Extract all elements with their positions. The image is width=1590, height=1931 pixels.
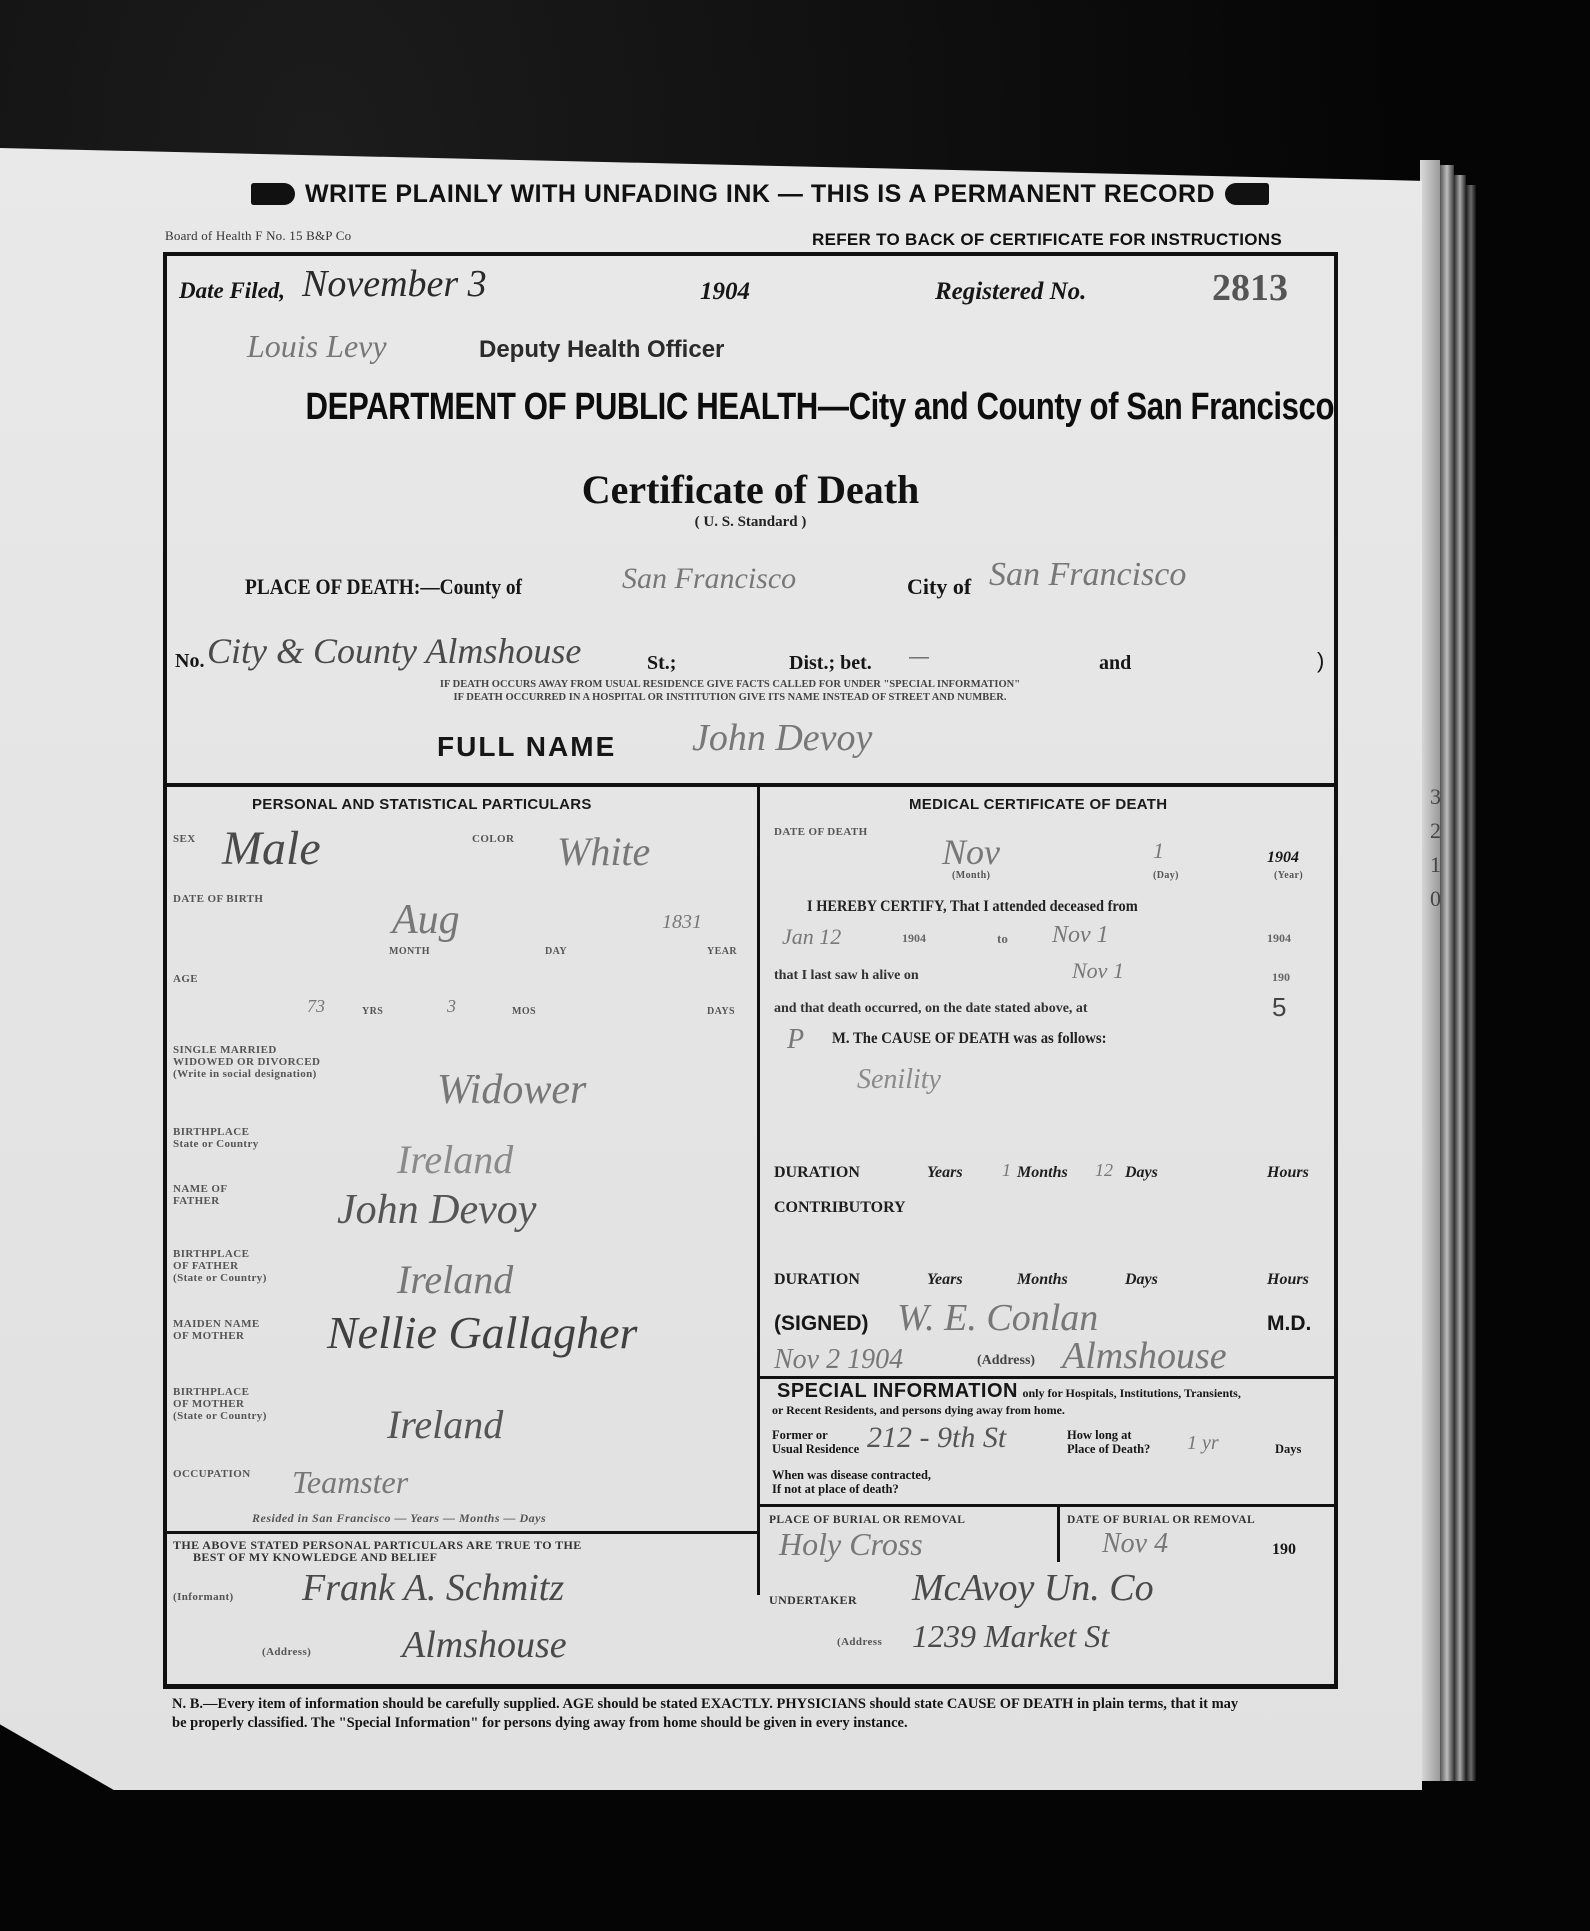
duration-2-days-label: Days — [1125, 1271, 1158, 1288]
death-year: 1904 — [1267, 849, 1299, 867]
age-label: AGE — [173, 973, 198, 985]
full-name-label: FULL NAME — [437, 731, 616, 763]
death-day-label: (Day) — [1153, 870, 1179, 882]
divider — [760, 1504, 1334, 1507]
instructions-note: REFER TO BACK OF CERTIFICATE FOR INSTRUC… — [812, 230, 1282, 250]
burial-place-value: Holy Cross — [779, 1526, 923, 1563]
to-label: to — [997, 931, 1008, 947]
cause-value: Senility — [857, 1064, 941, 1096]
place-note-line-1: IF DEATH OCCURS AWAY FROM USUAL RESIDENC… — [315, 678, 1145, 691]
death-year-label: (Year) — [1274, 870, 1303, 882]
father-name-label-line: NAME OF — [173, 1183, 227, 1195]
occupation-label: OCCUPATION — [173, 1468, 251, 1480]
cause-text: M. The CAUSE OF DEATH was as follows: — [832, 1030, 1107, 1048]
mother-birthplace-value: Ireland — [387, 1401, 503, 1448]
date-filed-value: November 3 — [302, 262, 487, 306]
officer-signature: Louis Levy — [247, 328, 387, 365]
mother-name-label-line: MAIDEN NAME — [173, 1318, 260, 1330]
duration-hours-label: Hours — [1267, 1164, 1309, 1181]
mother-birthplace-label-line: OF MOTHER — [173, 1398, 267, 1410]
contracted-label: When was disease contracted, If not at p… — [772, 1468, 931, 1496]
how-long-label-line: How long at — [1067, 1428, 1150, 1442]
duration-years-label: Years — [927, 1164, 963, 1181]
burial-divider — [1057, 1507, 1060, 1562]
father-birthplace-label-line: (State or Country) — [173, 1272, 267, 1284]
full-name-value: John Devoy — [692, 716, 872, 760]
county-value: San Francisco — [622, 562, 796, 596]
how-long-label-line: Place of Death? — [1067, 1442, 1150, 1456]
death-hour: 5 — [1272, 992, 1286, 1023]
age-years: 73 — [307, 996, 325, 1017]
color-value: White — [557, 828, 650, 875]
signed-address: Almshouse — [1062, 1334, 1227, 1378]
duration-2-label: DURATION — [774, 1271, 860, 1289]
birthplace-value: Ireland — [397, 1136, 513, 1183]
father-name-label: NAME OF FATHER — [173, 1183, 227, 1207]
no-label: No. — [175, 650, 204, 673]
medical-heading: MEDICAL CERTIFICATE OF DEATH — [909, 796, 1167, 813]
birthplace-label-line: State or Country — [173, 1138, 259, 1150]
place-note-line-2: IF DEATH OCCURRED IN A HOSPITAL OR INSTI… — [315, 691, 1145, 704]
informant-statement-line: BEST OF MY KNOWLEDGE AND BELIEF — [173, 1551, 582, 1563]
last-saw-text: that I last saw h alive on — [774, 968, 919, 984]
how-long-days-label: Days — [1275, 1442, 1301, 1457]
undertaker-address-label: (Address — [837, 1636, 882, 1648]
sex-label: SEX — [173, 833, 196, 845]
birthplace-label-line: BIRTHPLACE — [173, 1126, 259, 1138]
dob-month-label: Month — [389, 946, 430, 958]
special-heading: SPECIAL INFORMATION only for Hospitals, … — [777, 1380, 1241, 1403]
special-heading-small-2: or Recent Residents, and persons dying a… — [772, 1403, 1065, 1418]
margin-marks: 3 2 1 0 — [1430, 780, 1444, 916]
pointing-hand-icon — [1225, 183, 1269, 205]
former-residence-value: 212 - 9th St — [867, 1421, 1006, 1455]
duration-days-label: Days — [1125, 1164, 1158, 1181]
dob-month: Aug — [392, 896, 460, 944]
st-label: St.; — [647, 652, 676, 675]
age-months: 3 — [447, 996, 456, 1017]
undertaker-label: UNDERTAKER — [769, 1594, 857, 1606]
attended-from-year: 1904 — [902, 931, 926, 946]
contracted-label-line: If not at place of death? — [772, 1482, 931, 1496]
margin-mark: 2 — [1430, 814, 1444, 848]
informant-address-label: (Address) — [262, 1646, 311, 1658]
banner-text: WRITE PLAINLY WITH UNFADING INK — THIS I… — [305, 180, 1215, 208]
duration-2-months-label: Months — [1017, 1271, 1068, 1288]
certificate-title: Certificate of Death — [167, 466, 1334, 513]
age-days-label: Days — [707, 1006, 735, 1018]
divider — [167, 783, 1334, 787]
filed-year: 1904 — [700, 278, 750, 306]
age-years-label: Yrs — [362, 1006, 383, 1018]
marital-label-line: SINGLE MARRIED — [173, 1044, 320, 1056]
attended-to: Nov 1 — [1052, 922, 1109, 949]
pointing-hand-icon — [251, 183, 295, 205]
mother-name-value: Nellie Gallagher — [327, 1306, 637, 1359]
color-label: COLOR — [472, 833, 514, 845]
informant-statement: THE ABOVE STATED PERSONAL PARTICULARS AR… — [173, 1539, 582, 1563]
father-birthplace-value: Ireland — [397, 1256, 513, 1303]
burial-date-value: Nov 4 — [1102, 1528, 1168, 1560]
undertaker-value: McAvoy Un. Co — [912, 1566, 1154, 1610]
place-of-death-label: PLACE OF DEATH:—County of — [245, 574, 522, 600]
footnote: N. B.—Every item of information should b… — [172, 1695, 1252, 1733]
undertaker-address: 1239 Market St — [912, 1618, 1109, 1655]
dob-label: DATE OF BIRTH — [173, 893, 263, 905]
registered-number: 2813 — [1212, 266, 1288, 310]
page-edge — [1440, 165, 1454, 1781]
father-name-value: John Devoy — [337, 1186, 536, 1234]
street-value: City & County Almshouse — [207, 630, 581, 672]
certificate-frame: Date Filed, November 3 1904 Registered N… — [163, 252, 1338, 1689]
duration-months-value: 1 — [1002, 1160, 1011, 1181]
duration-label: DURATION — [774, 1164, 860, 1182]
and-label: and — [1099, 652, 1131, 675]
special-heading-small: only for Hospitals, Institutions, Transi… — [1022, 1386, 1240, 1400]
marital-value: Widower — [437, 1066, 586, 1114]
page-edge — [1454, 175, 1466, 1781]
last-saw-date: Nov 1 — [1072, 958, 1124, 984]
contracted-label-line: When was disease contracted, — [772, 1468, 931, 1482]
officer-title: Deputy Health Officer — [479, 336, 724, 364]
father-birthplace-label-line: OF FATHER — [173, 1260, 267, 1272]
mother-name-label-line: OF MOTHER — [173, 1330, 260, 1342]
place-note: IF DEATH OCCURS AWAY FROM USUAL RESIDENC… — [315, 678, 1145, 704]
father-birthplace-label-line: BIRTHPLACE — [173, 1248, 267, 1260]
marital-label-line: (Write in social designation) — [173, 1068, 320, 1080]
how-long-label: How long at Place of Death? — [1067, 1428, 1150, 1456]
signed-label: (SIGNED) — [774, 1312, 869, 1336]
mother-birthplace-label: BIRTHPLACE OF MOTHER (State or Country) — [173, 1386, 267, 1422]
margin-mark: 1 — [1430, 848, 1444, 882]
informant-label: (Informant) — [173, 1591, 234, 1603]
printer-line: Board of Health F No. 15 B&P Co — [165, 228, 351, 244]
marital-label-line: WIDOWED OR DIVORCED — [173, 1056, 320, 1068]
registered-label: Registered No. — [935, 278, 1086, 306]
death-month-label: (Month) — [952, 870, 990, 882]
mother-birthplace-label-line: (State or Country) — [173, 1410, 267, 1422]
mother-birthplace-label-line: BIRTHPLACE — [173, 1386, 267, 1398]
city-value: San Francisco — [989, 556, 1186, 594]
duration-months-label: Months — [1017, 1164, 1068, 1181]
burial-place-label: PLACE OF BURIAL OR REMOVAL — [769, 1514, 965, 1526]
death-day: 1 — [1153, 838, 1164, 864]
special-heading-big: SPECIAL INFORMATION — [777, 1380, 1018, 1402]
personal-heading: PERSONAL AND STATISTICAL PARTICULARS — [252, 796, 592, 813]
duration-2-hours-label: Hours — [1267, 1271, 1309, 1288]
last-saw-year: 190 — [1272, 970, 1290, 985]
how-long-value: 1 yr — [1187, 1432, 1219, 1455]
duration-2-years-label: Years — [927, 1271, 963, 1288]
former-residence-label-line: Former or — [772, 1428, 859, 1442]
attended-to-year: 1904 — [1267, 931, 1291, 946]
dob-year-label: Year — [707, 946, 737, 958]
occupation-value: Teamster — [292, 1464, 408, 1501]
former-residence-label-line: Usual Residence — [772, 1442, 859, 1456]
burial-year: 190 — [1272, 1541, 1296, 1559]
burial-date-label: DATE of BURIAL or REMOVAL — [1067, 1514, 1255, 1526]
signed-date: Nov 2 1904 — [774, 1344, 903, 1376]
informant-value: Frank A. Schmitz — [302, 1566, 564, 1610]
page-edge — [1420, 160, 1440, 1781]
mother-name-label: MAIDEN NAME OF MOTHER — [173, 1318, 260, 1342]
dist-value: — — [909, 646, 929, 669]
date-of-death-label: DATE OF DEATH — [774, 826, 868, 838]
age-months-label: Mos — [512, 1006, 536, 1018]
informant-address-value: Almshouse — [402, 1623, 567, 1667]
resided-line: Resided in San Francisco — Years — Month… — [252, 1511, 546, 1526]
signed-address-label: (Address) — [977, 1353, 1035, 1369]
banner: WRITE PLAINLY WITH UNFADING INK — THIS I… — [210, 180, 1310, 209]
dob-day-label: Day — [545, 946, 567, 958]
dob-year: 1831 — [662, 911, 702, 934]
duration-days-value: 12 — [1095, 1160, 1113, 1181]
ampm-value: P — [787, 1024, 804, 1056]
marital-label: SINGLE MARRIED WIDOWED OR DIVORCED (Writ… — [173, 1044, 320, 1080]
closing-paren: ) — [1317, 648, 1324, 674]
column-divider — [757, 787, 760, 1595]
contributory-label: CONTRIBUTORY — [774, 1199, 906, 1217]
former-residence-label: Former or Usual Residence — [772, 1428, 859, 1456]
death-month: Nov — [942, 831, 1000, 873]
margin-mark: 0 — [1430, 882, 1444, 916]
birthplace-label: BIRTHPLACE State or Country — [173, 1126, 259, 1150]
sex-value: Male — [222, 821, 321, 876]
father-birthplace-label: BIRTHPLACE OF FATHER (State or Country) — [173, 1248, 267, 1284]
father-name-label-line: FATHER — [173, 1195, 227, 1207]
margin-mark: 3 — [1430, 780, 1444, 814]
dist-label: Dist.; bet. — [789, 652, 872, 675]
certificate-subtitle: ( U. S. Standard ) — [167, 514, 1334, 531]
city-label: City of — [907, 574, 971, 600]
attended-from: Jan 12 — [782, 924, 841, 950]
certify-text: I HEREBY CERTIFY, That I attended deceas… — [807, 898, 1138, 916]
date-filed-label: Date Filed, — [179, 278, 285, 304]
divider — [167, 1531, 757, 1534]
department-title: DEPARTMENT OF PUBLIC HEALTH—City and Cou… — [306, 386, 1204, 429]
page-edge — [1466, 185, 1476, 1781]
md-label: M.D. — [1267, 1312, 1311, 1336]
divider — [760, 1376, 1334, 1379]
death-time-text: and that death occurred, on the date sta… — [774, 1001, 1088, 1017]
